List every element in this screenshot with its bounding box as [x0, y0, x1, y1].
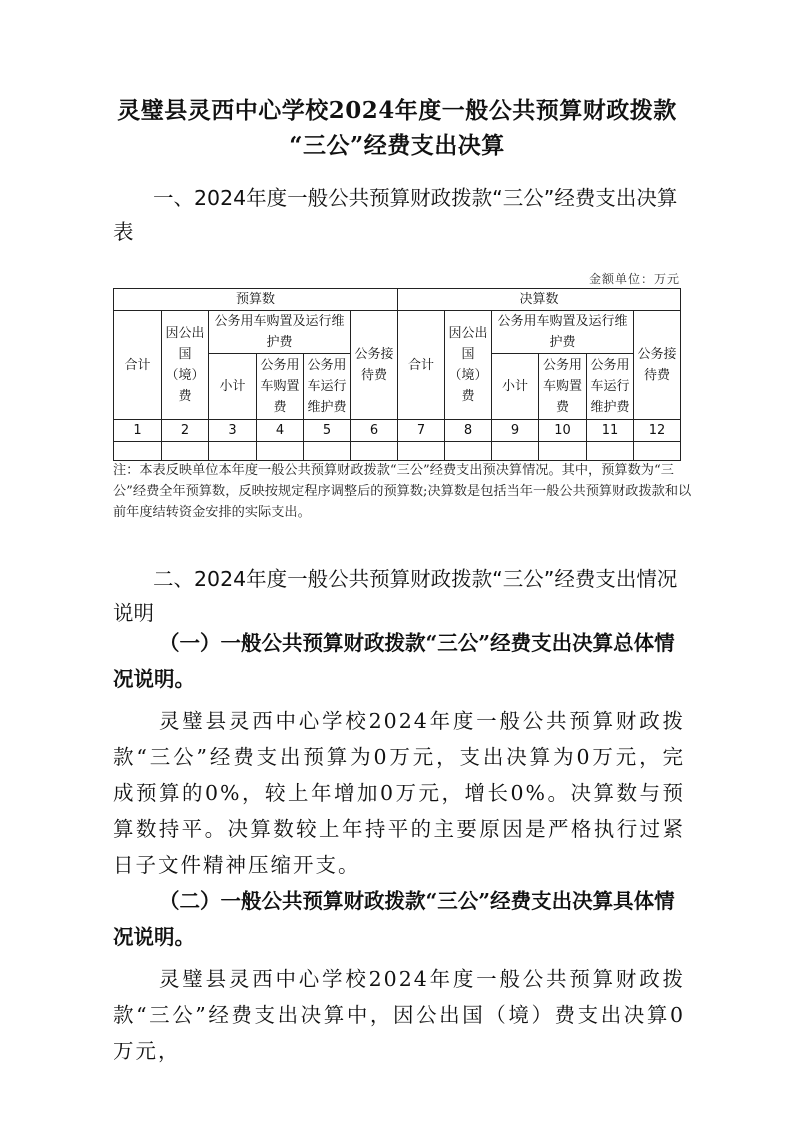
final-reception-header: 公务接待费 [634, 311, 681, 420]
unit-label: 金额单位：万元 [589, 270, 680, 287]
table-cell [162, 442, 209, 461]
title-line-2: “三公”经费支出决算 [80, 128, 714, 163]
final-vehicle-group-header: 公务用车购置及运行维护费 [492, 311, 634, 354]
final-vehicle-operation-header: 公务用车运行维护费 [587, 354, 634, 420]
column-number: 3 [209, 420, 257, 442]
table-cell [398, 442, 445, 461]
column-number: 8 [445, 420, 492, 442]
subsection2-heading: （二）一般公共预算财政拨款“三公”经费支出决算具体情况说明。 [113, 883, 688, 955]
table-cell [257, 442, 304, 461]
budget-subtotal-header: 小计 [209, 354, 257, 420]
table-cell [351, 442, 398, 461]
column-number: 5 [304, 420, 351, 442]
column-number: 6 [351, 420, 398, 442]
final-group-header: 决算数 [398, 289, 681, 311]
final-vehicle-purchase-header: 公务用车购置费 [539, 354, 587, 420]
column-number: 4 [257, 420, 304, 442]
table-note: 注：本表反映单位本年度一般公共预算财政拨款“三公”经费支出预决算情况。其中，预算… [113, 460, 693, 523]
subsection2-paragraph: 灵璧县灵西中心学校2024年度一般公共预算财政拨款“三公”经费支出决算中，因公出… [113, 961, 685, 1069]
title-line-1: 灵璧县灵西中心学校2024年度一般公共预算财政拨款 [80, 93, 714, 128]
budget-reception-header: 公务接待费 [351, 311, 398, 420]
table-row [114, 442, 681, 461]
column-number: 11 [587, 420, 634, 442]
budget-vehicle-purchase-header: 公务用车购置费 [257, 354, 304, 420]
column-number: 10 [539, 420, 587, 442]
column-number: 7 [398, 420, 445, 442]
budget-abroad-header: 因公出国（境）费 [162, 311, 209, 420]
subsection1-heading: （一）一般公共预算财政拨款“三公”经费支出决算总体情况说明。 [113, 625, 688, 697]
section1-heading: 一、2024年度一般公共预算财政拨款“三公”经费支出决算表 [113, 181, 688, 249]
table-cell [304, 442, 351, 461]
budget-vehicle-operation-header: 公务用车运行维护费 [304, 354, 351, 420]
budget-group-header: 预算数 [114, 289, 398, 311]
table-cell [539, 442, 587, 461]
column-number: 2 [162, 420, 209, 442]
column-number: 9 [492, 420, 539, 442]
table-cell [445, 442, 492, 461]
final-abroad-header: 因公出国（境）费 [445, 311, 492, 420]
final-total-header: 合计 [398, 311, 445, 420]
section2-heading: 二、2024年度一般公共预算财政拨款“三公”经费支出情况说明 [113, 562, 688, 630]
budget-vehicle-group-header: 公务用车购置及运行维护费 [209, 311, 351, 354]
column-number: 1 [114, 420, 162, 442]
final-subtotal-header: 小计 [492, 354, 539, 420]
table-cell [114, 442, 162, 461]
column-number-row: 1 2 3 4 5 6 7 8 9 10 11 12 [114, 420, 681, 442]
table-cell [587, 442, 634, 461]
column-number: 12 [634, 420, 681, 442]
subsection1-paragraph: 灵璧县灵西中心学校2024年度一般公共预算财政拨款“三公”经费支出预算为0万元，… [113, 703, 685, 883]
table-cell [634, 442, 681, 461]
budget-total-header: 合计 [114, 311, 162, 420]
table-cell [209, 442, 257, 461]
document-title: 灵璧县灵西中心学校2024年度一般公共预算财政拨款 “三公”经费支出决算 [80, 93, 714, 163]
three-public-expenses-table: 预算数 决算数 合计 因公出国（境）费 公务用车购置及运行维护费 公务接待费 合… [113, 288, 681, 461]
table-cell [492, 442, 539, 461]
